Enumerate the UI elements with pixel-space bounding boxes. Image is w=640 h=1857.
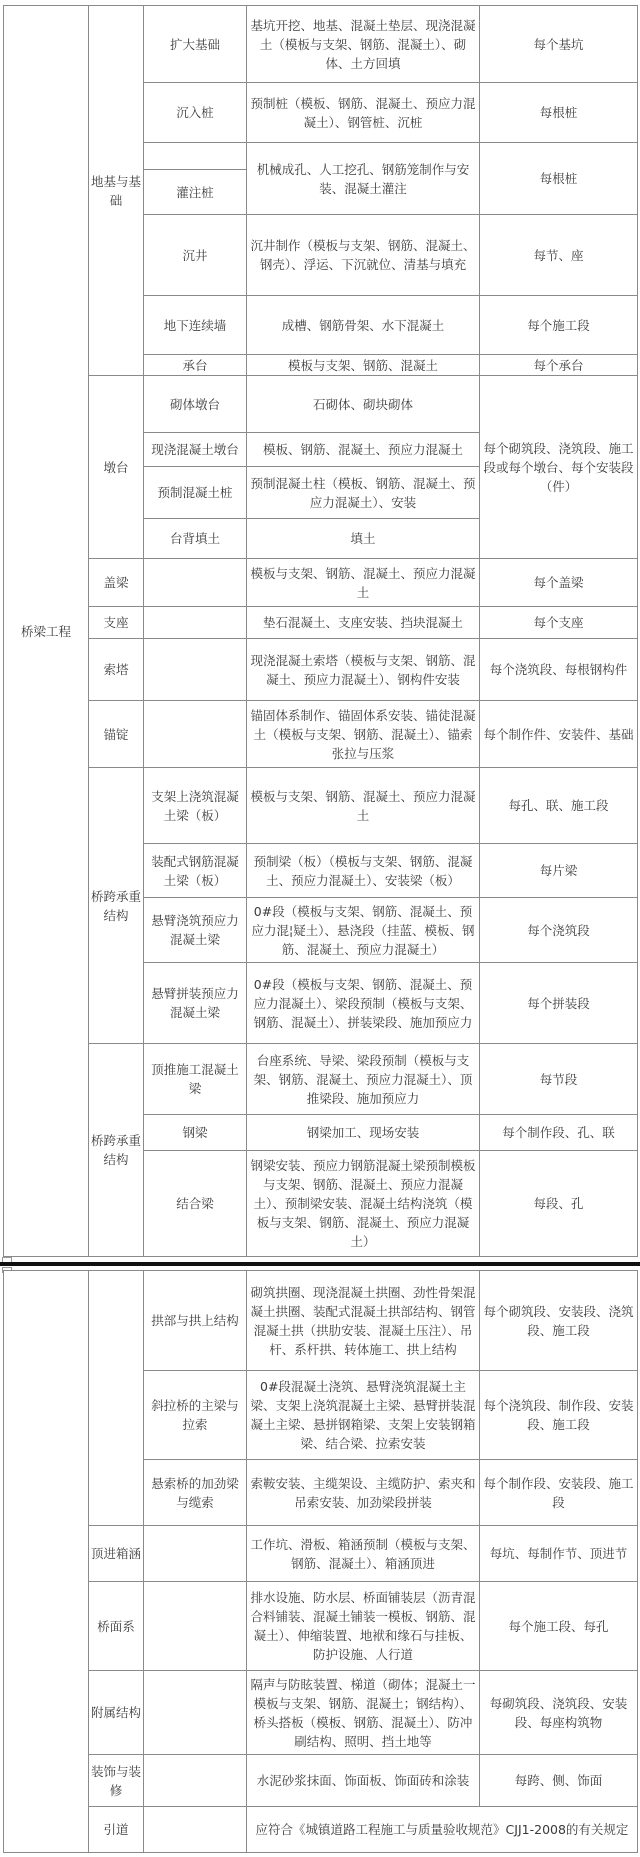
item-label: 悬臂拼装预应力混凝土梁: [146, 984, 244, 1022]
item-cell-empty: [143, 700, 247, 768]
group-label: 盖梁: [103, 573, 128, 592]
item-cell: 悬臂拼装预应力混凝土梁: [143, 962, 247, 1044]
content-cell: 预制桩（模板、钢筋、混凝土、预应力混凝土）、钢管桩、沉桩: [246, 82, 480, 143]
unit-cell: 每段、孔: [479, 1150, 638, 1257]
unit-text: 每段、孔: [533, 1194, 583, 1213]
content-text: 0#段（模板与支架、钢筋、混凝土、预应力混凝土）、梁段预制（模板与支架、钢筋、混…: [249, 975, 477, 1032]
content-text: 预制混凝土柱（模板、钢筋、混凝土、预应力混凝土）、安装: [249, 474, 477, 512]
group-cell-arch-continued: [88, 1270, 144, 1526]
content-cell: 预制梁（板）（模板与支架、钢筋、混凝土、预应力混凝土）、安装梁（板）: [246, 843, 480, 898]
unit-text: 每根桩: [540, 169, 578, 188]
unit-cell: 每根桩: [479, 142, 638, 215]
item-cell: 扩大基础: [143, 5, 247, 83]
unit-text: 每个支座: [533, 613, 583, 632]
group-cell: 附属结构: [88, 1670, 144, 1755]
content-cell: 0#段混凝土浇筑、悬臂浇筑混凝土主梁、支架上浇筑混凝土主梁、悬臂拼装混凝土主梁、…: [246, 1370, 480, 1460]
unit-cell: 每个浇筑段、制作段、安装段、施工段: [479, 1370, 638, 1460]
content-cell: 0#段（模板与支架、钢筋、混凝土、预应力混凝土）、梁段预制（模板与支架、钢筋、混…: [246, 962, 480, 1044]
content-text: 砌筑拱圈、现浇混凝土拱圈、劲性骨架混凝土拱圈、装配式混凝土拱部结构、钢管混凝土拱…: [249, 1283, 477, 1359]
item-cell: 地下连续墙: [143, 295, 247, 355]
item-label: 沉入桩: [176, 103, 214, 122]
item-label: 承台: [182, 356, 207, 375]
item-label: 地下连续墙: [164, 316, 227, 335]
unit-cell: 每个制作段、安装段、施工段: [479, 1459, 638, 1526]
unit-cell: 每个拼装段: [479, 962, 638, 1044]
content-text: 垫石混凝土、支座安装、挡块混凝土: [263, 613, 463, 632]
content-cell: 垫石混凝土、支座安装、挡块混凝土: [246, 606, 480, 639]
unit-text: 每砌筑段、浇筑段、安装段、每座构筑物: [482, 1694, 635, 1732]
unit-text: 每节段: [540, 1070, 578, 1089]
group-label: 墩台: [103, 458, 128, 477]
group-cell-span-2: 桥跨承重结构: [88, 1043, 144, 1257]
group-label: 索塔: [103, 660, 128, 679]
content-text: 机械成孔、人工挖孔、钢筋笼制作与安装、混凝土灌注: [249, 160, 477, 198]
content-cell: 钢梁安装、预应力钢筋混凝土梁预制模板与支架、钢筋、混凝土、预应力混凝土）、预制梁…: [246, 1150, 480, 1257]
group-cell-pier: 墩台: [88, 375, 144, 559]
unit-cell: 每片梁: [479, 843, 638, 898]
content-cell: 沉井制作（模板与支架、钢筋、混凝土、钢壳）、浮运、下沉就位、清基与填充: [246, 214, 480, 296]
group-cell: 装饰与装修: [88, 1754, 144, 1807]
content-cell: 预制混凝土柱（模板、钢筋、混凝土、预应力混凝土）、安装: [246, 466, 480, 519]
group-label: 桥跨承重结构: [91, 1131, 141, 1169]
content-text: 锚固体系制作、锚固体系安装、锚徒混凝土（模板与支架、钢筋、混凝土）、锚索张拉与压…: [249, 706, 477, 763]
unit-text: 每个施工段、每孔: [508, 1617, 608, 1636]
item-label: 结合梁: [176, 1194, 214, 1213]
content-text: 隔声与防眩装置、梯道（砌体；混凝土一模板与支架、钢筋、混凝土；钢结构）、桥头搭板…: [249, 1675, 477, 1751]
unit-text: 每节、座: [533, 246, 583, 265]
content-text: 钢梁加工、现场安装: [307, 1123, 420, 1142]
unit-cell: 每个砌筑段、安装段、浇筑段、施工段: [479, 1270, 638, 1371]
content-text: 0#段（模板与支架、钢筋、混凝土、预应力混¦疑土）、悬浇段（挂蓝、模板、钢筋、混…: [249, 902, 477, 959]
item-cell: 拱部与拱上结构: [143, 1270, 247, 1371]
item-label: 预制混凝土桩: [157, 483, 232, 502]
content-cell: 台座系统、导梁、梁段预制（模板与支架、钢筋、混凝土、预应力混凝土）、顶推梁段、施…: [246, 1043, 480, 1115]
unit-cell-merged: 每个砌筑段、浇筑段、施工段或每个墩台、每个安装段（件）: [479, 375, 638, 559]
content-text: 工作坑、滑板、箱涵预制（模板与支架、钢筋、混凝土）、箱涵顶进: [249, 1535, 477, 1573]
group-label: 桥跨承重结构: [91, 887, 141, 925]
unit-cell: 每个盖梁: [479, 558, 638, 607]
item-label: 装配式钢筋混凝土梁（板）: [146, 852, 244, 890]
content-text: 模板与支架、钢筋、混凝土、预应力混凝土: [249, 564, 477, 602]
item-label: 台背填土: [170, 529, 220, 548]
content-text: 模板与支架、钢筋、混凝土: [288, 356, 438, 375]
content-text: 沉井制作（模板与支架、钢筋、混凝土、钢壳）、浮运、下沉就位、清基与填充: [249, 236, 477, 274]
item-cell-empty: [143, 1581, 247, 1671]
content-text: 0#段混凝土浇筑、悬臂浇筑混凝土主梁、支架上浇筑混凝土主梁、悬臂拼装混凝土主梁、…: [249, 1377, 477, 1453]
unit-text: 每个砌筑段、安装段、浇筑段、施工段: [482, 1302, 635, 1340]
unit-text: 每个盖梁: [533, 573, 583, 592]
content-cell: 排水设施、防水层、桥面铺装层（沥青混合料铺装、混凝土铺装一模板、钢筋、混凝土）、…: [246, 1581, 480, 1671]
item-label: 扩大基础: [170, 35, 220, 54]
unit-cell: 每跨、侧、饰面: [479, 1754, 638, 1807]
group-cell-bearing: 支座: [88, 606, 144, 639]
unit-cell: 每个施工段: [479, 295, 638, 355]
item-label: 悬索桥的加劲梁与缆索: [146, 1474, 244, 1512]
content-text: 台座系统、导梁、梁段预制（模板与支架、钢筋、混凝土、预应力混凝土）、顶推梁段、施…: [249, 1051, 477, 1108]
group-cell: 顶进箱涵: [88, 1525, 144, 1582]
content-text: 成槽、钢筋骨架、水下混凝土: [282, 316, 445, 335]
category-cell: 桥梁工程: [3, 5, 89, 1257]
item-cell: 灌注桩: [143, 169, 247, 215]
content-text: 预制梁（板）（模板与支架、钢筋、混凝土、预应力混凝土）、安装梁（板）: [249, 852, 477, 890]
item-cell-empty: [143, 558, 247, 607]
content-text: 水泥砂浆抹面、饰面板、饰面砖和涂装: [257, 1771, 470, 1790]
unit-cell: 每个制作段、孔、联: [479, 1114, 638, 1151]
content-cell: 模板与支架、钢筋、混凝土、预应力混凝土: [246, 767, 480, 844]
unit-text: 每个施工段: [527, 316, 590, 335]
group-label: 顶进箱涵: [91, 1544, 141, 1563]
group-label: 支座: [103, 613, 128, 632]
item-cell: 斜拉桥的主梁与拉索: [143, 1370, 247, 1460]
group-label: 地基与基础: [91, 172, 141, 210]
item-cell: 砌体墩台: [143, 375, 247, 433]
group-cell-foundation: 地基与基础: [88, 5, 144, 376]
group-cell: 引道: [88, 1806, 144, 1853]
item-cell-empty: [143, 1754, 247, 1807]
content-cell: 机械成孔、人工挖孔、钢筋笼制作与安装、混凝土灌注: [246, 142, 480, 215]
item-label: 砌体墩台: [170, 395, 220, 414]
group-label: 引道: [103, 1820, 128, 1839]
item-cell: 承台: [143, 354, 247, 376]
unit-text: 每个制作段、安装段、施工段: [482, 1474, 635, 1512]
group-label: 桥面系: [97, 1617, 135, 1636]
item-cell-empty: [143, 1525, 247, 1582]
content-cell: 模板、钢筋、混凝土、预应力混凝土: [246, 432, 480, 467]
item-cell: 顶推施工混凝土梁: [143, 1043, 247, 1115]
group-label: 附属结构: [91, 1703, 141, 1722]
group-label: 装饰与装修: [91, 1762, 141, 1800]
item-label: 沉井: [182, 246, 207, 265]
content-text: 石砌体、砌块砌体: [313, 395, 413, 414]
group-cell-span-1: 桥跨承重结构: [88, 767, 144, 1044]
item-cell: 台背填土: [143, 518, 247, 559]
content-cell: 模板与支架、钢筋、混凝土、预应力混凝土: [246, 558, 480, 607]
unit-text: 每个浇筑段、每根钢构件: [490, 660, 628, 679]
unit-text: 每跨、侧、饰面: [515, 1771, 603, 1790]
item-cell: 悬臂浇筑预应力混凝土梁: [143, 897, 247, 963]
unit-cell: 每节段: [479, 1043, 638, 1115]
content-text: 模板与支架、钢筋、混凝土、预应力混凝土: [249, 787, 477, 825]
item-label: 顶推施工混凝土梁: [146, 1060, 244, 1098]
item-cell: 装配式钢筋混凝土梁（板）: [143, 843, 247, 898]
unit-cell: 每个制作件、安装件、基础: [479, 700, 638, 768]
content-cell: 索鞍安装、主缆架设、主缆防护、索夹和吊索安装、加劲梁段拼装: [246, 1459, 480, 1526]
content-cell: 隔声与防眩装置、梯道（砌体；混凝土一模板与支架、钢筋、混凝土；钢结构）、桥头搭板…: [246, 1670, 480, 1755]
content-text: 钢梁安装、预应力钢筋混凝土梁预制模板与支架、钢筋、混凝土、预应力混凝土）、预制梁…: [249, 1156, 477, 1251]
content-text: 模板、钢筋、混凝土、预应力混凝土: [263, 440, 463, 459]
item-cell-empty: [143, 142, 247, 170]
item-label: 钢梁: [182, 1123, 207, 1142]
unit-cell: 每个支座: [479, 606, 638, 639]
content-cell: 石砌体、砌块砌体: [246, 375, 480, 433]
content-text: 基坑开挖、地基、混凝土垫层、现浇混凝土（模板与支架、钢筋、混凝土）、砌体、土方回…: [249, 16, 477, 73]
content-cell: 水泥砂浆抹面、饰面板、饰面砖和涂装: [246, 1754, 480, 1807]
unit-text: 每坑、每制作节、顶进节: [490, 1544, 628, 1563]
item-cell: 沉入桩: [143, 82, 247, 143]
group-cell: 桥面系: [88, 1581, 144, 1671]
content-cell: 模板与支架、钢筋、混凝土: [246, 354, 480, 376]
content-cell: 钢梁加工、现场安装: [246, 1114, 480, 1151]
content-cell: 0#段（模板与支架、钢筋、混凝土、预应力混¦疑土）、悬浇段（挂蓝、模板、钢筋、混…: [246, 897, 480, 963]
item-cell: 悬索桥的加劲梁与缆索: [143, 1459, 247, 1526]
item-cell: 结合梁: [143, 1150, 247, 1257]
unit-cell: 每个浇筑段、每根钢构件: [479, 638, 638, 701]
unit-text: 每片梁: [540, 861, 578, 880]
category-label: 桥梁工程: [21, 622, 71, 641]
unit-cell: 每个承台: [479, 354, 638, 376]
content-cell: 基坑开挖、地基、混凝土垫层、现浇混凝土（模板与支架、钢筋、混凝土）、砌体、土方回…: [246, 5, 480, 83]
unit-text: 每个砌筑段、浇筑段、施工段或每个墩台、每个安装段（件）: [482, 439, 635, 496]
item-cell: 现浇混凝土墩台: [143, 432, 247, 467]
unit-cell: 每根桩: [479, 82, 638, 143]
unit-cell: 每孔、联、施工段: [479, 767, 638, 844]
content-text: 填土: [350, 529, 375, 548]
content-text: 现浇混凝土索塔（模板与支架、钢筋、混凝土、预应力混凝土）、钢构件安装: [249, 651, 477, 689]
group-cell-tower: 索塔: [88, 638, 144, 701]
content-text: 排水设施、防水层、桥面铺装层（沥青混合料铺装、混凝土铺装一模板、钢筋、混凝土）、…: [249, 1588, 477, 1664]
item-cell-empty: [143, 606, 247, 639]
item-cell: 预制混凝土桩: [143, 466, 247, 519]
content-cell: 填土: [246, 518, 480, 559]
unit-cell: 每个施工段、每孔: [479, 1581, 638, 1671]
unit-cell: 每个浇筑段: [479, 897, 638, 963]
item-label: 现浇混凝土墩台: [151, 440, 239, 459]
item-label: 斜拉桥的主梁与拉索: [146, 1396, 244, 1434]
unit-text: 每个制作段、孔、联: [502, 1123, 615, 1142]
item-cell: 支架上浇筑混凝土梁（板）: [143, 767, 247, 844]
group-label: 锚锭: [103, 725, 128, 744]
table-seam-divider: [0, 1262, 640, 1266]
item-label: 拱部与拱上结构: [151, 1311, 239, 1330]
unit-text: 每个拼装段: [527, 994, 590, 1013]
content-cell-merged: 应符合《城镇道路工程施工与质量验收规范》CJJ1-2008的有关规定: [246, 1806, 638, 1853]
unit-cell: 每个基坑: [479, 5, 638, 83]
unit-text: 每个基坑: [533, 35, 583, 54]
unit-cell: 每节、座: [479, 214, 638, 296]
category-cell-continued: [3, 1270, 89, 1853]
content-cell: 成槽、钢筋骨架、水下混凝土: [246, 295, 480, 355]
item-label: 悬臂浇筑预应力混凝土梁: [146, 911, 244, 949]
item-cell-empty: [143, 638, 247, 701]
content-text: 索鞍安装、主缆架设、主缆防护、索夹和吊索安装、加劲梁段拼装: [249, 1474, 477, 1512]
content-cell: 锚固体系制作、锚固体系安装、锚徒混凝土（模板与支架、钢筋、混凝土）、锚索张拉与压…: [246, 700, 480, 768]
content-cell: 砌筑拱圈、现浇混凝土拱圈、劲性骨架混凝土拱圈、装配式混凝土拱部结构、钢管混凝土拱…: [246, 1270, 480, 1371]
unit-text: 每个承台: [533, 356, 583, 375]
unit-text: 每根桩: [540, 103, 578, 122]
content-cell: 工作坑、滑板、箱涵预制（模板与支架、钢筋、混凝土）、箱涵顶进: [246, 1525, 480, 1582]
item-label: 支架上浇筑混凝土梁（板）: [146, 787, 244, 825]
unit-text: 每个浇筑段: [527, 921, 590, 940]
group-cell-capbeam: 盖梁: [88, 558, 144, 607]
content-text: 应符合《城镇道路工程施工与质量验收规范》CJJ1-2008的有关规定: [256, 1820, 629, 1839]
item-cell: 沉井: [143, 214, 247, 296]
item-cell-empty: [143, 1806, 247, 1853]
item-cell-empty: [143, 1670, 247, 1755]
unit-cell: 每砌筑段、浇筑段、安装段、每座构筑物: [479, 1670, 638, 1755]
group-cell-anchor: 锚锭: [88, 700, 144, 768]
unit-text: 每个浇筑段、制作段、安装段、施工段: [482, 1396, 635, 1434]
item-label: 灌注桩: [176, 183, 214, 202]
content-cell: 现浇混凝土索塔（模板与支架、钢筋、混凝土、预应力混凝土）、钢构件安装: [246, 638, 480, 701]
unit-cell: 每坑、每制作节、顶进节: [479, 1525, 638, 1582]
content-text: 预制桩（模板、钢筋、混凝土、预应力混凝土）、钢管桩、沉桩: [249, 94, 477, 132]
unit-text: 每孔、联、施工段: [508, 796, 608, 815]
item-cell: 钢梁: [143, 1114, 247, 1151]
unit-text: 每个制作件、安装件、基础: [483, 725, 633, 744]
